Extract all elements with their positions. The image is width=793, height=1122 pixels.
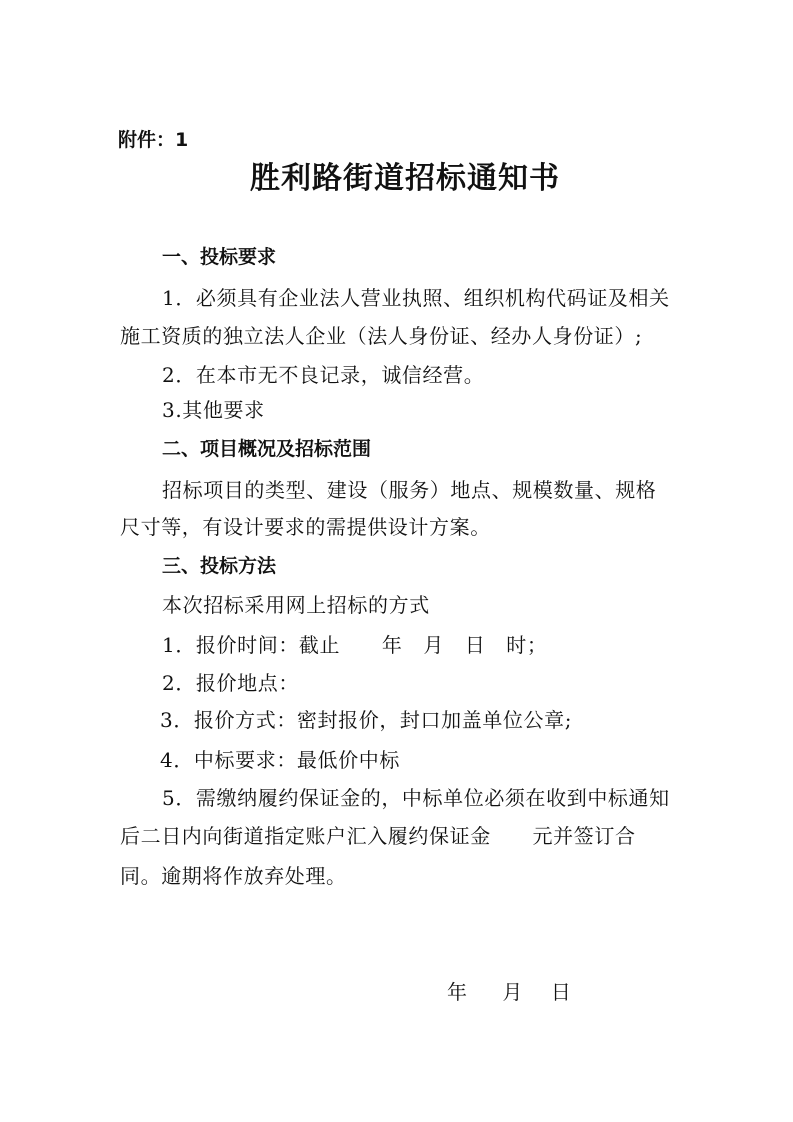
attachment-label: 附件：1 bbox=[118, 131, 188, 150]
requirement-line: 3.其他要求 bbox=[162, 400, 265, 420]
method-line: 同。逾期将作放弃处理。 bbox=[120, 866, 347, 886]
method-line: 后二日内向街道指定账户汇入履约保证金 元并签订合 bbox=[120, 826, 636, 846]
method-line: 3．报价方式：密封报价，封口加盖单位公章; bbox=[160, 710, 572, 730]
method-line: 5．需缴纳履约保证金的，中标单位必须在收到中标通知 bbox=[162, 788, 670, 808]
document-title: 胜利路街道招标通知书 bbox=[250, 164, 560, 194]
requirement-line: 施工资质的独立法人企业（法人身份证、经办人身份证）; bbox=[120, 326, 642, 346]
overview-line: 尺寸等，有设计要求的需提供设计方案。 bbox=[120, 517, 491, 537]
overview-line: 招标项目的类型、建设（服务）地点、规模数量、规格 bbox=[162, 480, 656, 500]
method-line: 1．报价时间：截止 年 月 日 时； bbox=[162, 635, 548, 655]
date-line: 年 月 日 bbox=[447, 982, 571, 1002]
method-line: 4．中标要求：最低价中标 bbox=[160, 750, 400, 770]
section-heading-requirements: 一、投标要求 bbox=[162, 248, 276, 267]
requirement-line: 2．在本市无不良记录，诚信经营。 bbox=[162, 365, 484, 385]
section-heading-overview: 二、项目概况及招标范围 bbox=[162, 440, 371, 459]
method-line: 本次招标采用网上招标的方式 bbox=[162, 595, 430, 615]
requirement-line: 1．必须具有企业法人营业执照、组织机构代码证及相关 bbox=[162, 288, 670, 308]
section-heading-method: 三、投标方法 bbox=[162, 557, 276, 576]
method-line: 2．报价地点： bbox=[162, 673, 299, 693]
